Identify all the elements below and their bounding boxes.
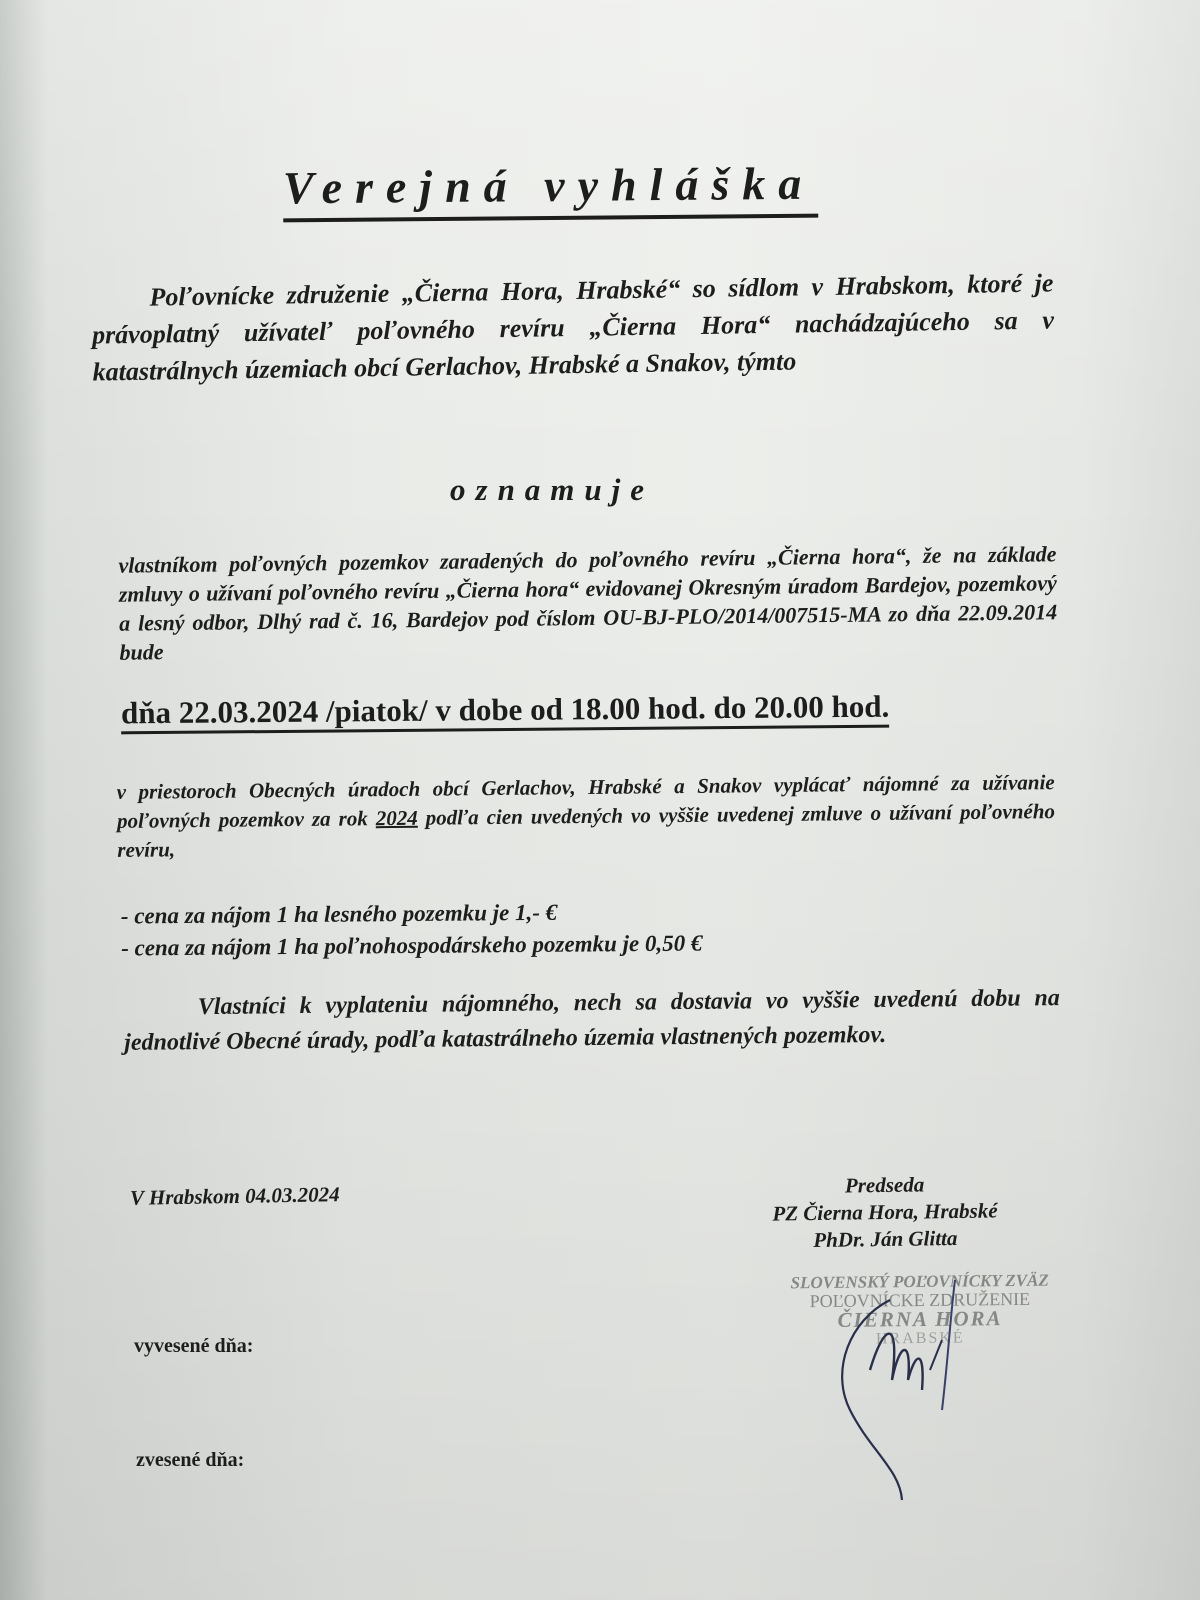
handwritten-signature-icon xyxy=(830,1260,990,1510)
intro-text: Poľovnícke združenie „Čierna Hora, Hrabs… xyxy=(92,268,1054,386)
announces-heading: oznamuje xyxy=(450,472,654,508)
posted-date-label: vyvesené dňa: xyxy=(134,1335,253,1358)
closing-paragraph: Vlastníci k vyplateniu nájomného, nech s… xyxy=(124,981,1061,1061)
document-title: Verejná vyhláška xyxy=(283,158,819,223)
payment-date-line: dňa 22.03.2024 /piatok/ v dobe od 18.00 … xyxy=(121,689,890,735)
signatory-name: PhDr. Ján Glitta xyxy=(735,1224,1035,1255)
signature-block: Predseda PZ Čierna Hora, Hrabské PhDr. J… xyxy=(734,1170,1035,1255)
place-and-date: V Hrabskom 04.03.2024 xyxy=(130,1182,340,1211)
price-item-agricultural: - cena za nájom 1 ha poľnohospodárskeho … xyxy=(121,927,703,964)
body-paragraph-1: vlastníkom poľovných pozemkov zaradených… xyxy=(118,539,1057,666)
closing-text: Vlastníci k vyplateniu nájomného, nech s… xyxy=(124,985,1060,1056)
intro-paragraph: Poľovnícke združenie „Čierna Hora, Hrabs… xyxy=(91,264,1055,390)
price-list: - cena za nájom 1 ha lesného pozemku je … xyxy=(121,895,703,964)
signatory-org: PZ Čierna Hora, Hrabské xyxy=(735,1197,1035,1228)
year-underlined: 2024 xyxy=(376,806,418,830)
signatory-role: Predseda xyxy=(734,1170,1034,1201)
removed-date-label: zvesené dňa: xyxy=(136,1449,244,1472)
price-item-forest: - cena za nájom 1 ha lesného pozemku je … xyxy=(121,895,703,932)
body-paragraph-2: v priestoroch Obecných úradoch obcí Gerl… xyxy=(117,768,1056,865)
